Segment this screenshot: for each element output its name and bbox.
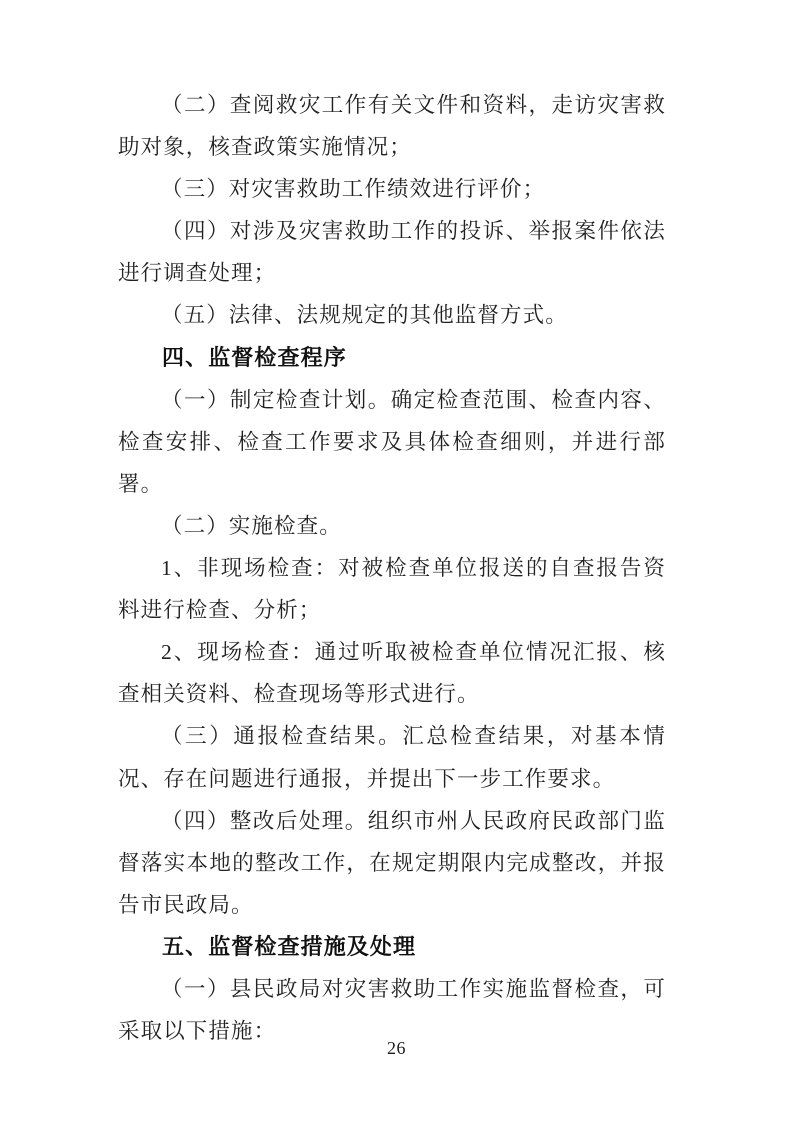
section-heading: 五、监督检查措施及处理: [118, 926, 666, 968]
document-page: （二）查阅救灾工作有关文件和资料，走访灾害救助对象，核查政策实施情况；（三）对灾…: [0, 0, 793, 1122]
body-paragraph: （五）法律、法规规定的其他监督方式。: [118, 294, 666, 336]
body-paragraph: （四）整改后处理。组织市州人民政府民政部门监督落实本地的整改工作，在规定期限内完…: [118, 800, 666, 926]
body-paragraph: 1、非现场检查：对被检查单位报送的自查报告资料进行检查、分析；: [118, 547, 666, 631]
page-number: 26: [0, 1038, 793, 1059]
body-paragraph: （三）对灾害救助工作绩效进行评价；: [118, 168, 666, 210]
body-paragraph: （二）查阅救灾工作有关文件和资料，走访灾害救助对象，核查政策实施情况；: [118, 84, 666, 168]
body-paragraph: （一）制定检查计划。确定检查范围、检查内容、检查安排、检查工作要求及具体检查细则…: [118, 379, 666, 505]
body-paragraph: 2、现场检查：通过听取被检查单位情况汇报、核查相关资料、检查现场等形式进行。: [118, 631, 666, 715]
body-paragraph: （三）通报检查结果。汇总检查结果，对基本情况、存在问题进行通报，并提出下一步工作…: [118, 715, 666, 799]
body-paragraph: （四）对涉及灾害救助工作的投诉、举报案件依法进行调查处理；: [118, 210, 666, 294]
body-paragraph: （二）实施检查。: [118, 505, 666, 547]
document-body: （二）查阅救灾工作有关文件和资料，走访灾害救助对象，核查政策实施情况；（三）对灾…: [118, 84, 666, 1052]
section-heading: 四、监督检查程序: [118, 337, 666, 379]
